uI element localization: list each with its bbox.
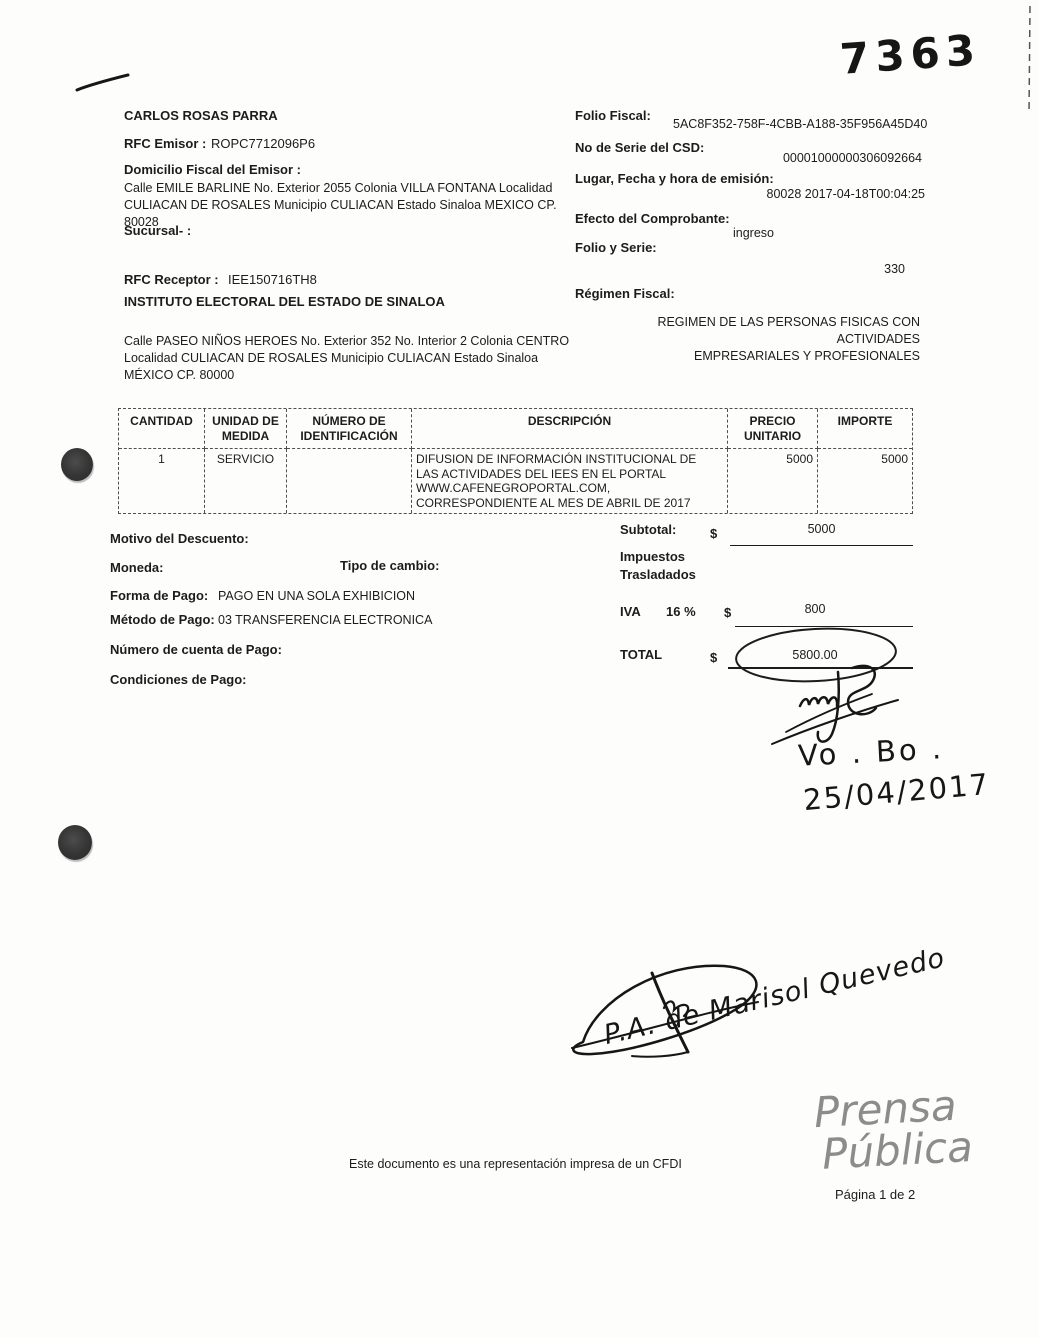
scanned-invoice-page: CARLOS ROSAS PARRA RFC Emisor : ROPC7712… [0, 0, 1038, 1338]
emisor-domicilio-label: Domicilio Fiscal del Emisor : [124, 161, 301, 179]
col-header-importe: IMPORTE [818, 409, 912, 449]
forma-pago-label: Forma de Pago: [110, 587, 208, 605]
metodo-pago-value: 03 TRANSFERENCIA ELECTRONICA [218, 612, 432, 629]
row-importe: 5000 [818, 449, 912, 513]
total-underline [728, 667, 913, 669]
iva-label: IVA [620, 603, 641, 621]
metodo-pago-label: Método de Pago: [110, 611, 215, 629]
moneda-label: Moneda: [110, 559, 163, 577]
iva-currency: $ [724, 604, 731, 622]
cfdi-representation-note: Este documento es una representación imp… [349, 1156, 682, 1173]
condiciones-pago-label: Condiciones de Pago: [110, 671, 247, 689]
handwritten-folio-number: 7363 [838, 25, 982, 84]
row-precio-unitario: 5000 [728, 449, 818, 513]
stamp-line-2: Pública [821, 1126, 974, 1176]
regimen-label: Régimen Fiscal: [575, 285, 675, 303]
efecto-value: ingreso [733, 225, 774, 242]
receptor-rfc-value: IEE150716TH8 [228, 271, 317, 289]
folio-fiscal-value: 5AC8F352-758F-4CBB-A188-35F956A45D40 [673, 116, 927, 133]
motivo-descuento-label: Motivo del Descuento: [110, 530, 249, 548]
handwritten-signature-name: P.A. de Marisol Quevedo [601, 942, 948, 1051]
col-header-numero-id: NÚMERO DE IDENTIFICACIÓN [287, 409, 412, 449]
emisor-name: CARLOS ROSAS PARRA [124, 107, 278, 125]
subtotal-label: Subtotal: [620, 521, 676, 539]
row-cantidad: 1 [119, 449, 205, 513]
handwritten-vobo-date: 25/04/2017 [802, 767, 991, 817]
forma-pago-value: PAGO EN UNA SOLA EXHIBICION [218, 588, 415, 605]
iva-underline [735, 626, 913, 627]
row-numero-id [287, 449, 412, 513]
row-descripcion: DIFUSION DE INFORMACIÓN INSTITUCIONAL DE… [412, 449, 728, 513]
receptor-name: INSTITUTO ELECTORAL DEL ESTADO DE SINALO… [124, 293, 445, 311]
regimen-value: REGIMEN DE LAS PERSONAS FISICAS CON ACTI… [575, 314, 920, 365]
cuenta-pago-label: Número de cuenta de Pago: [110, 641, 282, 659]
pen-stroke-top-left [77, 75, 128, 90]
subtotal-currency: $ [710, 525, 717, 543]
emisor-sucursal-label: Sucursal- : [124, 222, 191, 240]
folio-serie-label: Folio y Serie: [575, 239, 657, 257]
col-header-unidad: UNIDAD DE MEDIDA [205, 409, 287, 449]
col-header-cantidad: CANTIDAD [119, 409, 205, 449]
emisor-rfc-value: ROPC7712096P6 [211, 135, 315, 153]
csd-value: 00001000000306092664 [575, 150, 922, 167]
emisor-address: Calle EMILE BARLINE No. Exterior 2055 Co… [124, 180, 574, 231]
col-header-descripcion: DESCRIPCIÓN [412, 409, 728, 449]
folio-serie-value: 330 [700, 261, 905, 278]
prensa-publica-stamp: Prensa Pública [813, 1084, 974, 1176]
page-number-label: Página 1 de 2 [835, 1186, 915, 1204]
folio-fiscal-label: Folio Fiscal: [575, 107, 651, 125]
row-unidad: SERVICIO [205, 449, 287, 513]
total-currency: $ [710, 649, 717, 667]
tipo-cambio-label: Tipo de cambio: [340, 557, 439, 575]
emisor-rfc-label: RFC Emisor : [124, 135, 206, 153]
col-header-precio: PRECIO UNITARIO [728, 409, 818, 449]
lugar-fecha-value: 80028 2017-04-18T00:04:25 [575, 186, 925, 203]
efecto-label: Efecto del Comprobante: [575, 210, 730, 228]
impuestos-trasladados-label: Impuestos Trasladados [620, 548, 696, 584]
approval-signature-scribble [772, 666, 898, 744]
total-value: 5800.00 [735, 647, 895, 664]
receptor-rfc-label: RFC Receptor : [124, 271, 219, 289]
iva-rate: 16 % [666, 603, 696, 621]
subtotal-value: 5000 [730, 521, 913, 538]
hole-punch-mark-bottom [58, 825, 92, 860]
total-label: TOTAL [620, 646, 662, 664]
handwritten-vobo: Vo . Bo . [797, 731, 945, 773]
scan-edge-artifact [1029, 6, 1030, 114]
iva-value: 800 [735, 601, 895, 618]
items-table: CANTIDAD UNIDAD DE MEDIDA NÚMERO DE IDEN… [118, 408, 913, 514]
hole-punch-mark-top [61, 448, 93, 481]
receptor-address: Calle PASEO NIÑOS HEROES No. Exterior 35… [124, 333, 584, 384]
subtotal-underline [730, 545, 913, 546]
